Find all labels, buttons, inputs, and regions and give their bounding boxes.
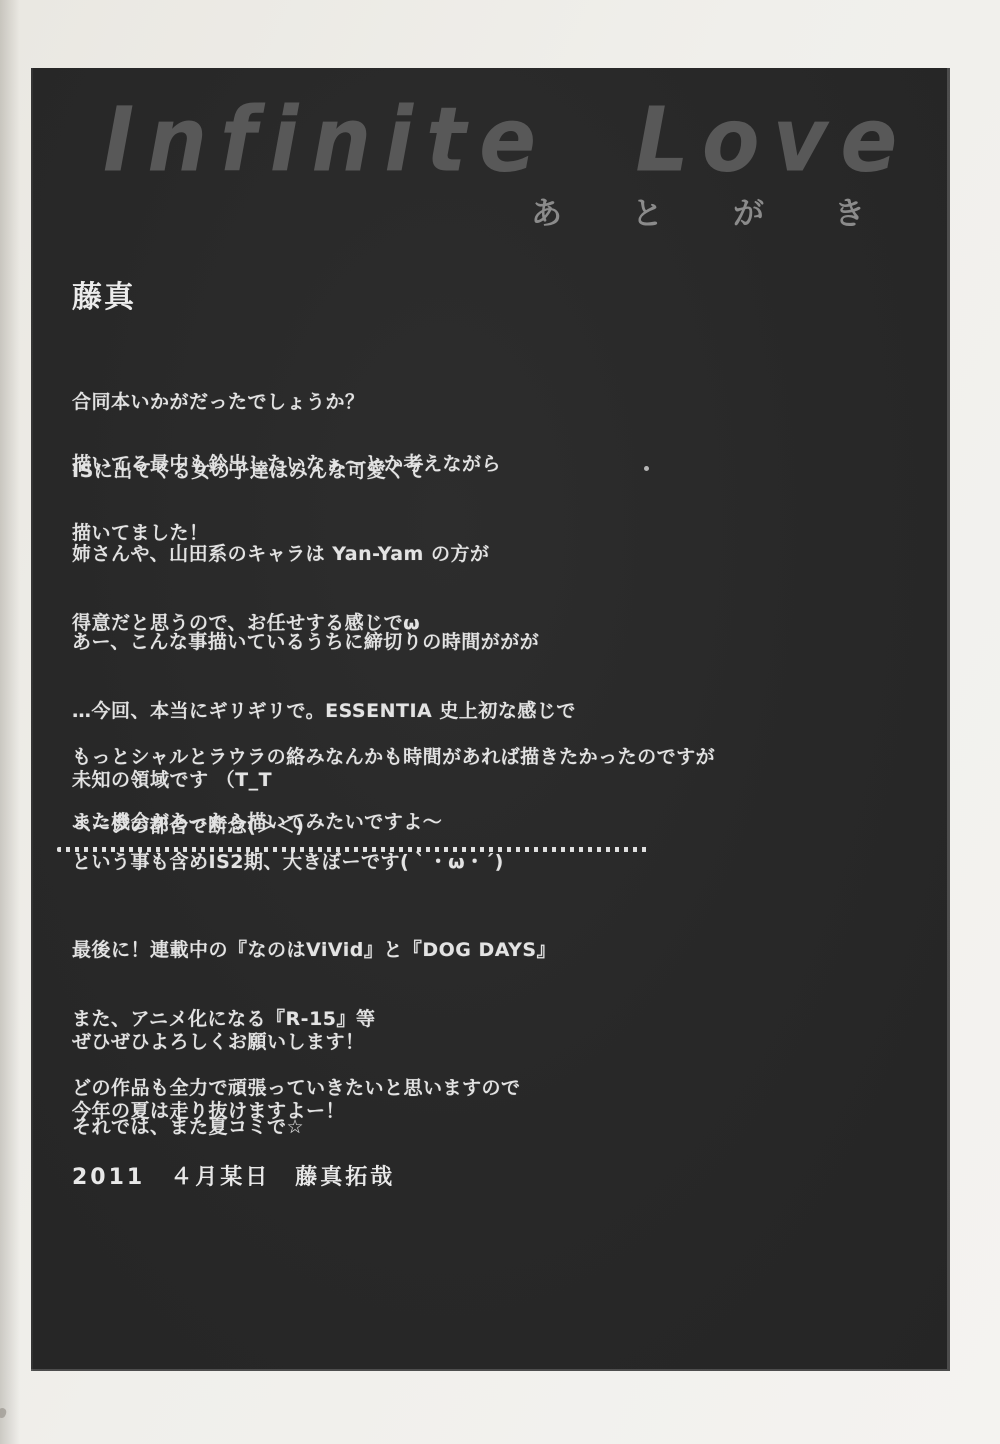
text-line: ぜひぜひよろしくお願いします！ <box>72 1031 365 1054</box>
scan-speck <box>644 466 649 471</box>
date-signature: 2011 ４月某日 藤真拓哉 <box>72 1160 395 1191</box>
text-line: という事も含めIS2期、大きぼーです(｀・ω・´) <box>72 851 504 874</box>
dotted-separator <box>57 847 649 852</box>
text-line: 姉さんや、山田系のキャラは Yan-Yam の方が <box>72 543 489 566</box>
text-line: 描いてる最中も鈴出したいなぁ～とか考えながら <box>72 453 501 476</box>
scanned-page: Infinite Love あとがき 藤真 合同本いかがだったでしょうか？ IS… <box>0 0 1000 1444</box>
page-subtitle: あとがき <box>531 188 935 233</box>
afterword-panel: Infinite Love あとがき 藤真 合同本いかがだったでしょうか？ IS… <box>31 68 950 1371</box>
page-title: Infinite Love <box>103 88 910 192</box>
scan-edge-mark <box>0 1407 7 1419</box>
text-line: それでは、また夏コミで☆ <box>72 1116 304 1139</box>
text-line: あー、こんな事描いているうちに締切りの時間ががが <box>72 631 576 654</box>
text-line: 最後に！連載中の『なのはViVid』と『DOG DAYS』 <box>72 939 556 962</box>
author-name: 藤真 <box>72 272 136 316</box>
